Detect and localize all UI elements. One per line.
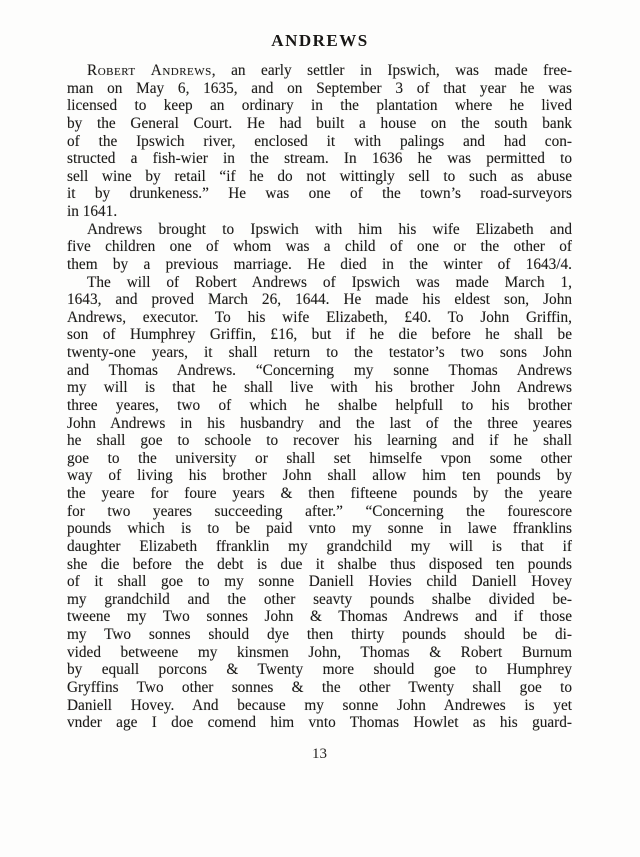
text-line: daughter Elizabeth ffranklin my grandchi… [67, 538, 572, 556]
text-line: vnder age I doe comend him vnto Thomas H… [67, 714, 572, 732]
text-line: The will of Robert Andrews of Ipswich wa… [67, 274, 572, 292]
text-line: he shall goe to schoole to recover his l… [67, 432, 572, 450]
smallcaps-name: Robert Andrews [87, 62, 212, 79]
text-line: vided betweene my kinsmen John, Thomas &… [67, 644, 572, 662]
text-line: goe to the university or shall set himse… [67, 450, 572, 468]
text-line: John Andrews in his husbandry and the la… [67, 415, 572, 433]
text-line: man on May 6, 1635, and on September 3 o… [67, 80, 572, 98]
text-line: twenty-one years, it shall return to the… [67, 344, 572, 362]
text-line: by the General Court. He had built a hou… [67, 115, 572, 133]
text-line: them by a previous marriage. He died in … [67, 256, 572, 274]
text-line: Gryffins Two other sonnes & the other Tw… [67, 679, 572, 697]
text-line: the yeare for foure years & then fifteen… [67, 485, 572, 503]
text-line: son of Humphrey Griffin, £16, but if he … [67, 326, 572, 344]
text-line: Andrews, executor. To his wife Elizabeth… [67, 309, 572, 327]
text-line: by equall porcons & Twenty more should g… [67, 661, 572, 679]
text-line: tweene my Two sonnes John & Thomas Andre… [67, 608, 572, 626]
scanned-book-page: ANDREWS Robert Andrews, an early settler… [0, 0, 640, 857]
page-title: ANDREWS [0, 31, 640, 51]
text-line: structed a fish-wier in the stream. In 1… [67, 150, 572, 168]
text-line: my grandchild and the other seavty pound… [67, 591, 572, 609]
page-number: 13 [67, 746, 572, 763]
text-line: and Thomas Andrews. “Concerning my sonne… [67, 362, 572, 380]
text-line: three yeares, two of which he shalbe hel… [67, 397, 572, 415]
text-line: she die before the debt is due it shalbe… [67, 556, 572, 574]
text-line: my Two sonnes should dye then thirty pou… [67, 626, 572, 644]
text-line: 1643, and proved March 26, 1644. He made… [67, 291, 572, 309]
text-line: pounds which is to be paid vnto my sonne… [67, 520, 572, 538]
text-line: sell wine by retail “if he do not wittin… [67, 168, 572, 186]
text-line: of the Ipswich river, enclosed it with p… [67, 133, 572, 151]
text-line: five children one of whom was a child of… [67, 238, 572, 256]
text-line: licensed to keep an ordinary in the plan… [67, 97, 572, 115]
text-line: in 1641. [67, 203, 572, 221]
text-line: of it shall goe to my sonne Daniell Hovi… [67, 573, 572, 591]
text-block: Robert Andrews, an early settler in Ipsw… [67, 62, 572, 732]
text-line: my will is that he shall live with his b… [67, 379, 572, 397]
text-line: way of living his brother John shall all… [67, 467, 572, 485]
text-line: it by drunkeness.” He was one of the tow… [67, 185, 572, 203]
text-line: Daniell Hovey. And because my sonne John… [67, 697, 572, 715]
text-line: Robert Andrews, an early settler in Ipsw… [67, 62, 572, 80]
text-line: for two yeares succeeding after.” “Conce… [67, 503, 572, 521]
text-line: Andrews brought to Ipswich with him his … [67, 221, 572, 239]
